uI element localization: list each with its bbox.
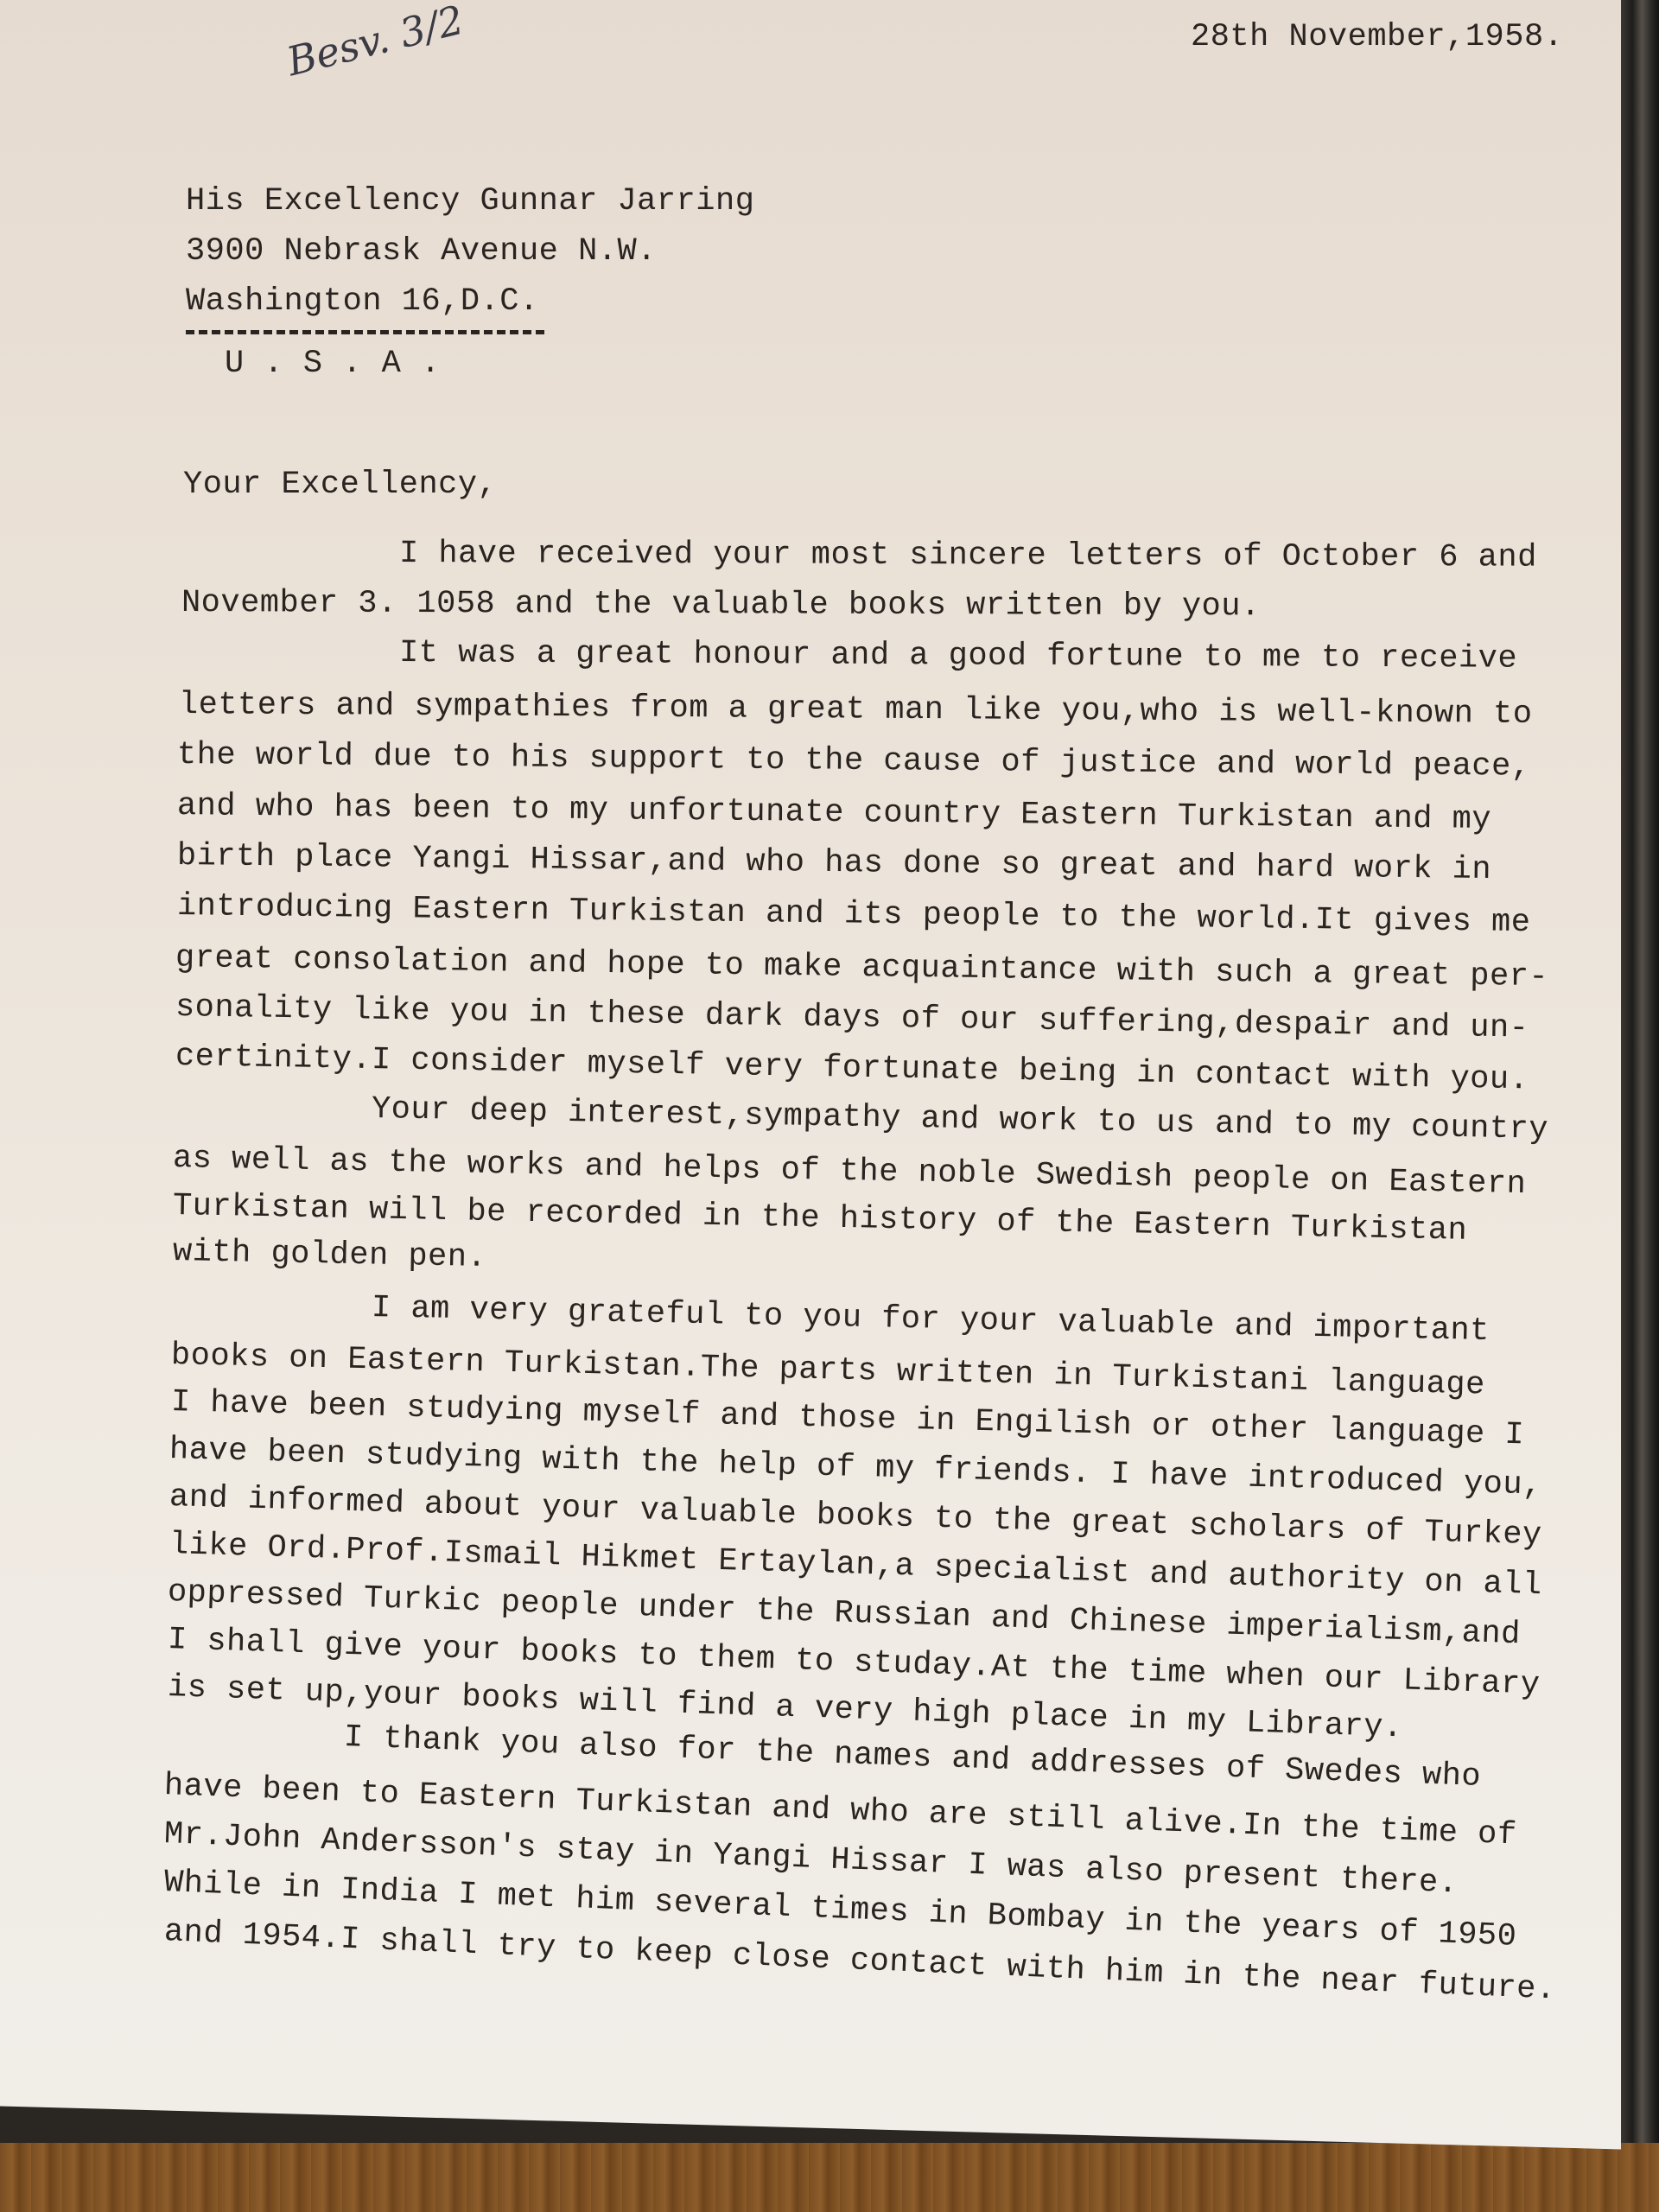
body-line: with golden pen. [173, 1234, 487, 1276]
handwritten-annotation: Besv. 3/2 [283, 0, 468, 85]
body-line: introducing Eastern Turkistan and its pe… [177, 888, 1531, 941]
recipient-name: His Excellency Gunnar Jarring [186, 183, 754, 219]
body-line: letters and sympathies from a great man … [179, 687, 1533, 733]
wooden-table-surface [0, 2143, 1659, 2212]
body-line: I have received your most sincere letter… [399, 536, 1537, 576]
recipient-city: Washington 16,D.C. [186, 283, 539, 320]
letter-page: Besv. 3/2 28th November,1958. His Excell… [0, 0, 1621, 2160]
body-line: It was a great honour and a good fortune… [399, 635, 1517, 677]
body-line: the world due to his support to the caus… [177, 737, 1531, 785]
body-line: birth place Yangi Hissar,and who has don… [177, 838, 1492, 888]
body-line: Your deep interest,sympathy and work to … [372, 1091, 1549, 1148]
recipient-street: 3900 Nebrask Avenue N.W. [186, 233, 657, 270]
body-line: certinity.I consider myself very fortuna… [175, 1039, 1529, 1098]
recipient-country: U . S . A . [225, 346, 441, 382]
salutation: Your Excellency, [183, 467, 497, 503]
body-line: great consolation and hope to make acqua… [175, 940, 1549, 995]
dark-backdrop [1621, 0, 1659, 2212]
body-line: sonality like you in these dark days of … [175, 989, 1529, 1047]
body-line: and who has been to my unfortunate count… [177, 788, 1492, 838]
body-line: November 3. 1058 and the valuable books … [181, 585, 1261, 625]
letter-date: 28th November,1958. [1191, 19, 1563, 55]
body-line: I am very grateful to you for your valua… [372, 1290, 1491, 1350]
address-underline [186, 330, 544, 334]
